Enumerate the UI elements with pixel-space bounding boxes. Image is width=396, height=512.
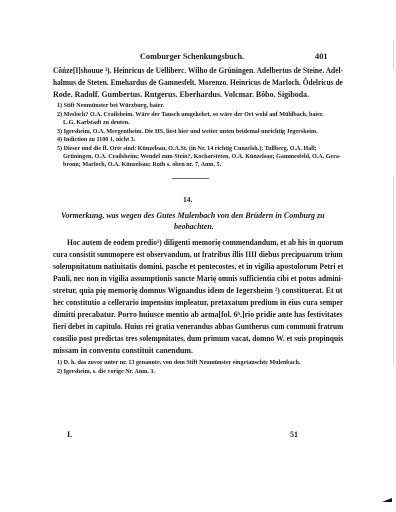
section-title: Vormerkung, was wegen des Gutes Mulenbac… [61, 211, 325, 220]
section-text-line: dimitti precabatur. Porro huiusce mentio… [53, 310, 343, 319]
page-edge-shadow [393, 175, 394, 365]
footnote: 5) Dieser und die ff. Orte sind: Künzels… [57, 146, 317, 152]
section-text-line: hec constitutio a cellerario impensius i… [53, 298, 343, 307]
section-text-line: cura consistit summopere est observandum… [53, 250, 343, 259]
page-corner-mark [382, 498, 392, 502]
section-number: 14. [183, 195, 192, 204]
section-divider [172, 178, 209, 179]
footnote-continuation: Grüningen, O.A. Crailsheim; Wendel zum S… [63, 154, 341, 160]
section-title-continuation: beobachten. [174, 222, 214, 231]
section-text-line: stretur, quia pię memorię domnus Wignand… [53, 286, 343, 295]
section-text-line: Hoc autem de eodem predio¹) diligenti me… [67, 238, 343, 247]
top-text-line: halmus de Steten. Emehardus de Gamnesfel… [53, 78, 343, 87]
running-head: Comburger Schenkungsbuch. [140, 52, 244, 61]
top-text-line: Côńze[I]shouue ³). Heinricus de Uelliber… [53, 66, 343, 75]
signature-mark-right: 51 [290, 430, 298, 439]
section-text-line: Pauli, nec non in vigilia assumptionis s… [53, 274, 343, 283]
footnote: 3) Igersheim, O.A. Mergentheim. Die HS. … [57, 129, 318, 135]
top-text-line: Rode. Radolf. Gumbertus. Rutgerus. Eberh… [53, 90, 309, 99]
section-text-line: consilio post predictas tres solempnitat… [53, 334, 343, 343]
footnote: 2) Mesloch? O.A. Crailsheim. Wäre der Ta… [57, 112, 324, 118]
footnote: 1) Stift Neumünster bei Würzburg, baier. [57, 103, 164, 109]
page-number: 401 [315, 52, 328, 61]
footnote: 4) Indiction zu 1100 1, nicht 3. [57, 137, 135, 143]
section-text-line: solempnitatum natiuitatis domini, pasche… [53, 262, 343, 271]
page-edge-shadow [393, 40, 394, 70]
footnote-continuation: L.G. Karlstadt zu deuten. [63, 120, 130, 126]
section-text-line: fieri debet in capitulo. Huius rei grati… [53, 322, 343, 331]
footnote: 1) D. h. das zuvor unter nr. 13 genannte… [57, 360, 300, 366]
footnote-continuation: bronn; Marloch, O.A. Künzelsau; Roth s. … [63, 162, 221, 168]
signature-mark-left: I. [67, 430, 72, 439]
section-text-line: missam in conventu constituit canendum. [53, 346, 193, 355]
footnote: 2) Igersheim, s. die vorige Nr. Anm. 3. [57, 369, 155, 375]
